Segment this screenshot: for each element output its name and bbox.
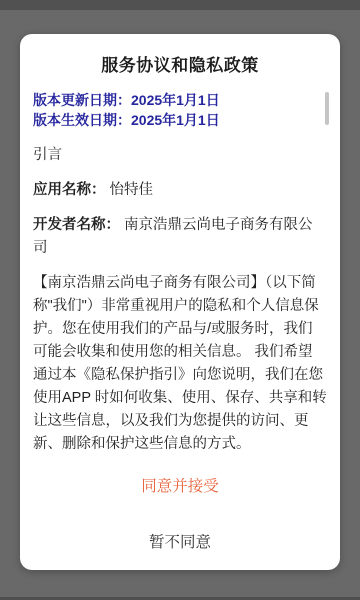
policy-scroll-area[interactable]: 版本更新日期：2025年1月1日 版本生效日期：2025年1月1日 引言 应用名… — [20, 78, 340, 470]
privacy-policy-dialog: 服务协议和隐私政策 版本更新日期：2025年1月1日 版本生效日期：2025年1… — [20, 34, 340, 570]
developer-name-row: 开发者名称： 南京浩鼎云尚电子商务有限公司 — [33, 214, 327, 260]
scrollbar-thumb[interactable] — [325, 92, 329, 125]
intro-heading: 引言 — [33, 144, 327, 167]
developer-name-label: 开发者名称： — [33, 217, 120, 233]
app-name-label: 应用名称： — [33, 182, 106, 198]
version-update-date: 版本更新日期：2025年1月1日 — [33, 90, 327, 110]
agree-and-accept-button[interactable]: 同意并接受 — [20, 470, 340, 504]
disagree-button[interactable]: 暂不同意 — [20, 526, 340, 560]
dialog-title: 服务协议和隐私政策 — [20, 54, 340, 78]
app-name-row: 应用名称： 怡特佳 — [33, 179, 327, 202]
version-effective-date: 版本生效日期：2025年1月1日 — [33, 110, 327, 130]
app-name-value: 怡特佳 — [110, 182, 154, 198]
outline-intro-line: 本指引将帮助您了解以下内容： — [33, 468, 327, 470]
privacy-body-paragraph: 【南京浩鼎云尚电子商务有限公司】（以下简称"我们"）非常重视用户的隐私和个人信息… — [33, 272, 327, 456]
